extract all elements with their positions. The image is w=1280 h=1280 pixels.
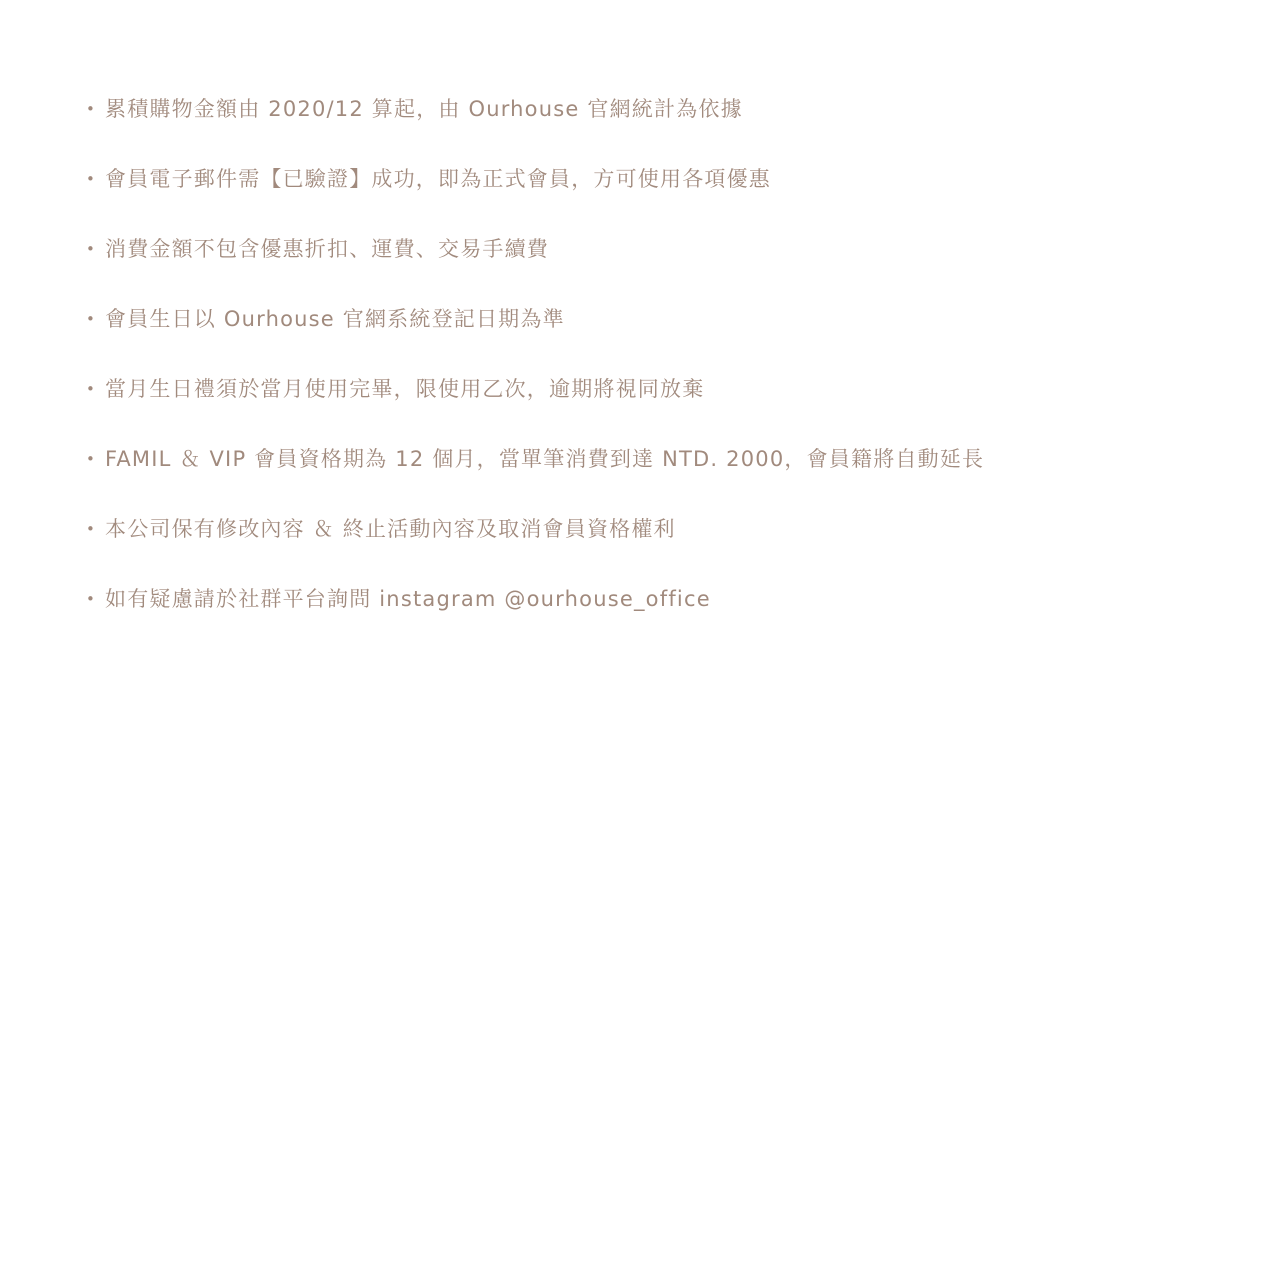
- term-text: 如有疑慮請於社群平台詢問 instagram @ourhouse_office: [105, 586, 711, 613]
- membership-terms-list: • 累積購物金額由 2020/12 算起，由 Ourhouse 官網統計為依據 …: [0, 0, 1280, 613]
- term-text: 消費金額不包含優惠折扣、運費、交易手續費: [105, 236, 549, 263]
- list-item: • 會員生日以 Ourhouse 官網系統登記日期為準: [86, 306, 1240, 333]
- term-text: 會員電子郵件需【已驗證】成功，即為正式會員，方可使用各項優惠: [105, 166, 771, 193]
- list-item: • FAMIL ＆ VIP 會員資格期為 12 個月，當單筆消費到達 NTD. …: [86, 446, 1240, 473]
- membership-terms-page: • 累積購物金額由 2020/12 算起，由 Ourhouse 官網統計為依據 …: [0, 0, 1280, 1280]
- term-text: 會員生日以 Ourhouse 官網系統登記日期為準: [105, 306, 565, 333]
- term-text: FAMIL ＆ VIP 會員資格期為 12 個月，當單筆消費到達 NTD. 20…: [105, 446, 984, 473]
- bullet-icon: •: [86, 586, 105, 613]
- term-text: 累積購物金額由 2020/12 算起，由 Ourhouse 官網統計為依據: [105, 96, 743, 123]
- bullet-icon: •: [86, 166, 105, 193]
- bullet-icon: •: [86, 376, 105, 403]
- bullet-icon: •: [86, 306, 105, 333]
- bullet-icon: •: [86, 96, 105, 123]
- bullet-icon: •: [86, 236, 105, 263]
- list-item: • 本公司保有修改內容 ＆ 終止活動內容及取消會員資格權利: [86, 516, 1240, 543]
- list-item: • 會員電子郵件需【已驗證】成功，即為正式會員，方可使用各項優惠: [86, 166, 1240, 193]
- list-item: • 當月生日禮須於當月使用完畢，限使用乙次，逾期將視同放棄: [86, 376, 1240, 403]
- list-item: • 消費金額不包含優惠折扣、運費、交易手續費: [86, 236, 1240, 263]
- term-text: 當月生日禮須於當月使用完畢，限使用乙次，逾期將視同放棄: [105, 376, 704, 403]
- bullet-icon: •: [86, 516, 105, 543]
- bullet-icon: •: [86, 446, 105, 473]
- list-item: • 累積購物金額由 2020/12 算起，由 Ourhouse 官網統計為依據: [86, 96, 1240, 123]
- list-item: • 如有疑慮請於社群平台詢問 instagram @ourhouse_offic…: [86, 586, 1240, 613]
- term-text: 本公司保有修改內容 ＆ 終止活動內容及取消會員資格權利: [105, 516, 676, 543]
